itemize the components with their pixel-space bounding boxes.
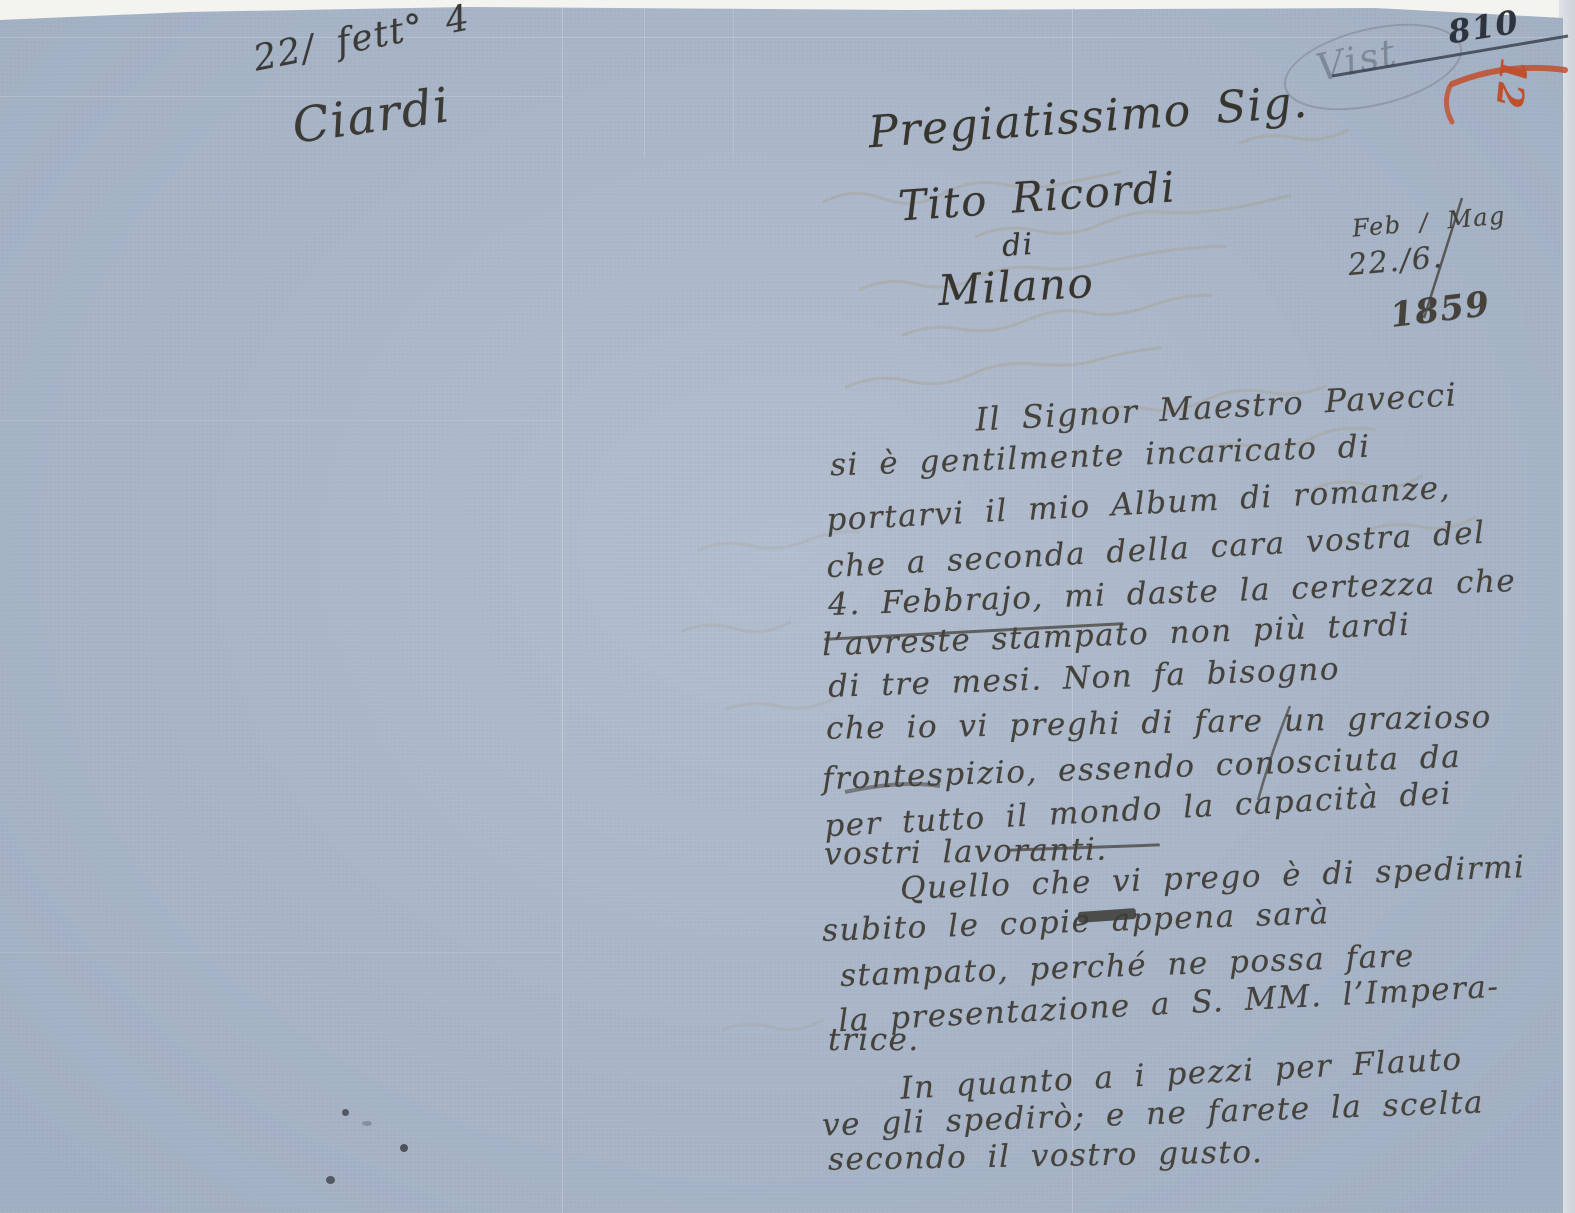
ink-smudge: [362, 1121, 372, 1126]
letter-paper: [0, 0, 1563, 1213]
ink-dot-2: [400, 1144, 408, 1152]
ink-dot-1: [342, 1109, 349, 1116]
red-registry-number: 12: [1488, 56, 1535, 110]
letter-line-16: trice.: [828, 1022, 920, 1058]
salutation-line-3: di: [1001, 227, 1035, 264]
scanned-letter-page: { "document": { "kind": "handwritten let…: [0, 0, 1575, 1213]
ink-dot-3: [326, 1176, 335, 1184]
salutation-line-4: Milano: [937, 258, 1096, 315]
letter-line-19: secondo il vostro gusto.: [828, 1134, 1264, 1178]
